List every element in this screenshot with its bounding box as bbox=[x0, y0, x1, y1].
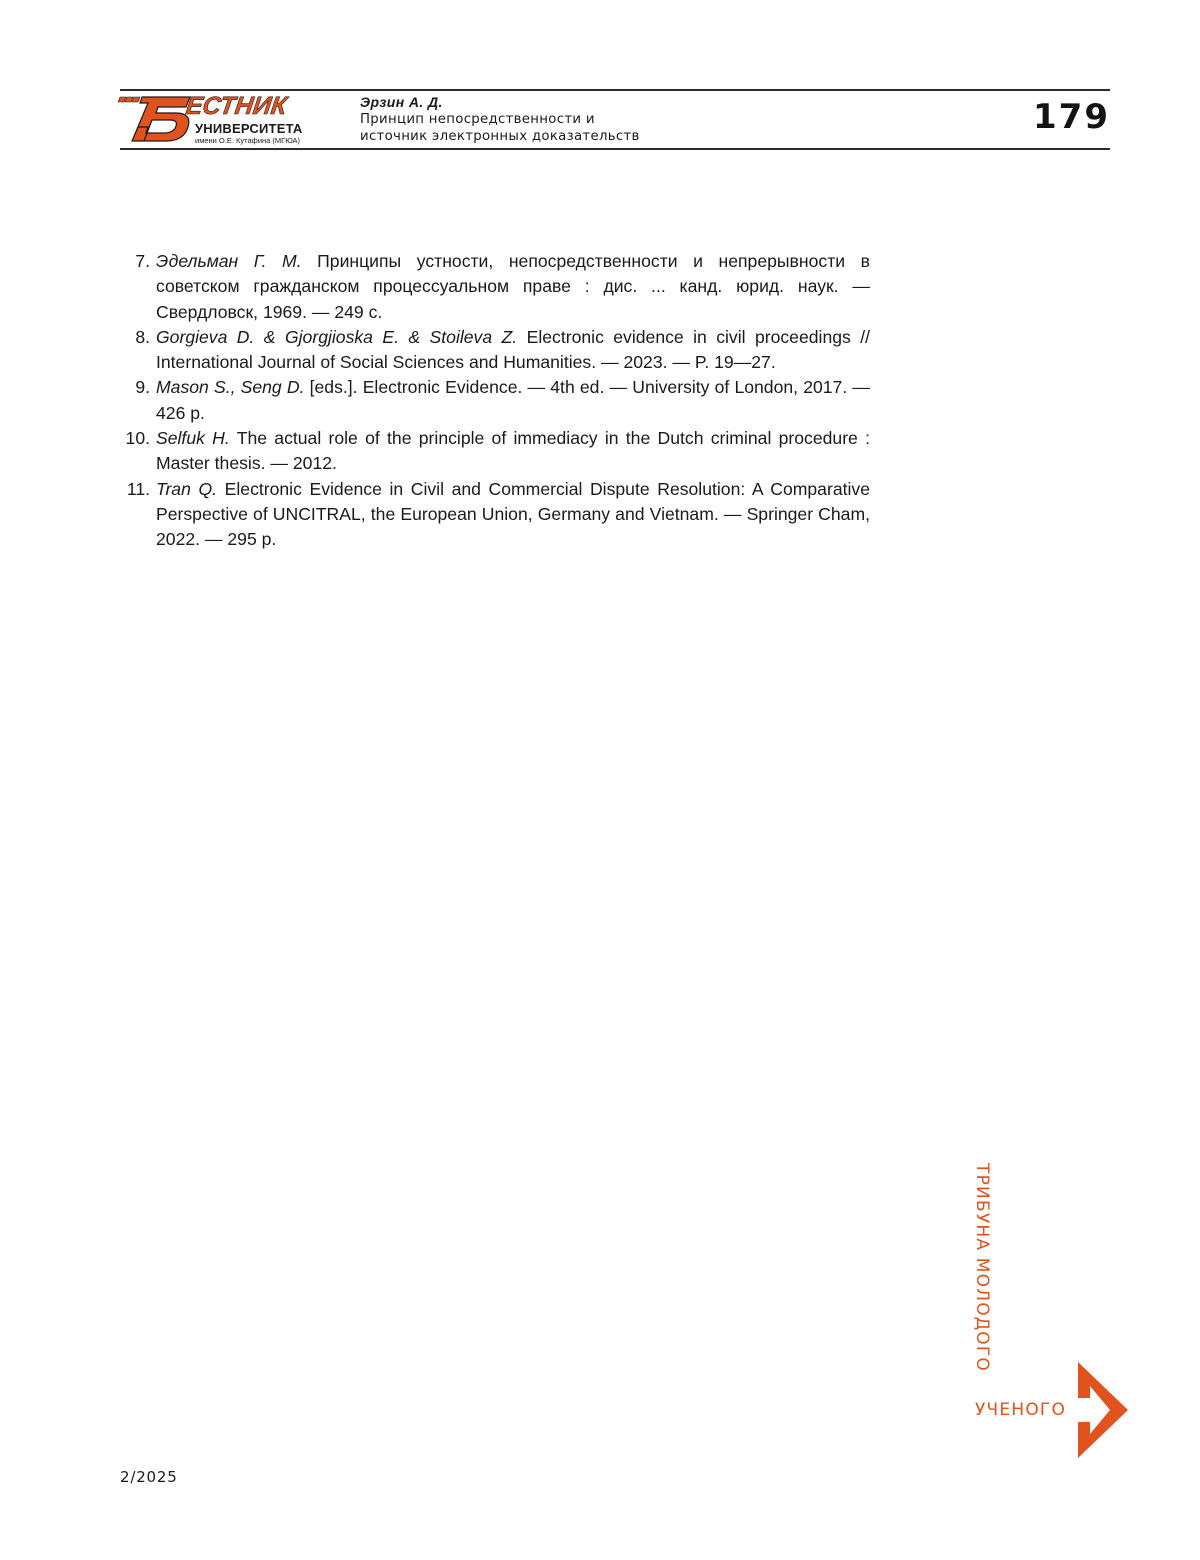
reference-text: Electronic Evidence in Civil and Commerc… bbox=[156, 479, 870, 550]
reference-number: 10. bbox=[120, 426, 150, 451]
header-bottom-rule bbox=[120, 148, 1110, 150]
reference-number: 8. bbox=[120, 325, 150, 350]
reference-number: 11. bbox=[120, 477, 150, 502]
reference-item: 7.Эдельман Г. М. Принципы устности, непо… bbox=[120, 249, 870, 325]
reference-item: 8.Gorgieva D. & Gjorgjioska E. & Stoilev… bbox=[120, 325, 870, 376]
reference-item: 11.Tran Q. Electronic Evidence in Civil … bbox=[120, 477, 870, 553]
reference-text: The actual role of the principle of imme… bbox=[156, 428, 870, 473]
reference-author: Tran Q. bbox=[156, 479, 217, 499]
reference-author: Gorgieva D. & Gjorgjioska E. & Stoileva … bbox=[156, 327, 517, 347]
references-list: 7.Эдельман Г. М. Принципы устности, непо… bbox=[120, 249, 870, 553]
logo-subtitle-secondary: имени О.Е. Кутафина (МГЮА) bbox=[195, 136, 300, 145]
running-head-title-line1: Принцип непосредственности и bbox=[360, 111, 640, 128]
reference-author: Mason S., Seng D. bbox=[156, 377, 304, 397]
reference-number: 7. bbox=[120, 249, 150, 274]
page-number: 179 bbox=[1033, 97, 1110, 137]
logo-subtitle: УНИВЕРСИТЕТА bbox=[195, 121, 302, 136]
reference-author: Эдельман Г. М. bbox=[156, 251, 302, 271]
section-label-vertical: ТРИБУНА МОЛОДОГО bbox=[972, 1163, 992, 1372]
running-head-author: Эрзин А. Д. bbox=[360, 94, 640, 111]
reference-author: Selfuk H. bbox=[156, 428, 230, 448]
reference-item: 9.Mason S., Seng D. [eds.]. Electronic E… bbox=[120, 375, 870, 426]
running-head: Эрзин А. Д. Принцип непосредственности и… bbox=[360, 94, 640, 145]
reference-number: 9. bbox=[120, 375, 150, 400]
header-top-rule bbox=[120, 89, 1110, 91]
reference-item: 10.Selfuk H. The actual role of the prin… bbox=[120, 426, 870, 477]
logo-title: ЕСТНИК bbox=[184, 92, 289, 121]
arrow-right-icon bbox=[1074, 1362, 1130, 1460]
journal-logo: ЕСТНИК УНИВЕРСИТЕТА имени О.Е. Кутафина … bbox=[118, 93, 328, 147]
running-head-title-line2: источник электронных доказательств bbox=[360, 128, 640, 145]
section-label-horizontal: УЧЕНОГО bbox=[975, 1400, 1066, 1420]
issue-number: 2/2025 bbox=[120, 1468, 178, 1486]
